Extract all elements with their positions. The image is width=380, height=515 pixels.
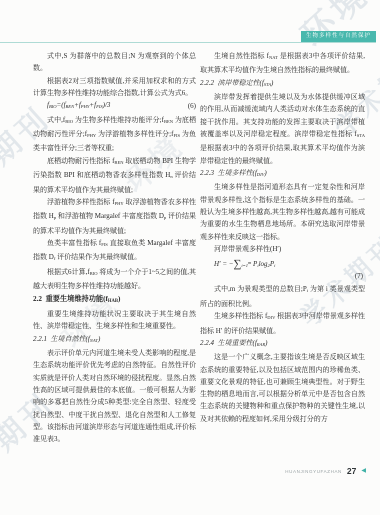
formula-7: H′ = −∑i=1m Pilog2Pi (7) <box>200 257 365 282</box>
column-header-badge: 生物多样性与自然保护 <box>301 31 376 42</box>
paragraph-fnat-assignment: 生境自然性指标 fNAT 是根据表3中各项评价结果,取其算术平均值作为生境自然性… <box>200 50 365 77</box>
paragraph-habitat-overview: 重要生境维持功能状况主要取决于其生境自然性、滨岸带稳定性、生境多样性和生境重要性… <box>33 308 196 333</box>
section-heading-2-2-1: 2.2.1 生境自然性(fNAT) <box>33 333 196 347</box>
formula-7-number: (7) <box>214 271 365 282</box>
journal-name-pinyin: HUANJINGYUFAZHAN <box>285 469 342 474</box>
watermark-text: 环境 <box>288 0 377 56</box>
paragraph-habitat-diversity: 生境多样性是指河道形态具有一定复杂性和河岸带景观多样性,这个指标是生态系统多样性… <box>200 181 365 242</box>
page-footer: HUANJINGYUFAZHAN 27 ◀ <box>285 466 366 476</box>
formula-6-expression: fBIO=(fBEN+fPHY+fFIS)/3 <box>47 99 110 113</box>
journal-page: 环境 学术期刊 环境 期刊 学术期刊 期刊 环境 生物多样性与自然保护 式中,S… <box>0 0 380 515</box>
paragraph-fdiv-assignment: 生境多样性指标 fDIV 根据表3中河岸带景观多样性指标 H′ 的评价结果赋值。 <box>200 310 365 337</box>
paragraph-habitat-importance: 这是一个广义概念,主要指该生境是否反映区域生态系统的重要特征,以及包括区域范围内… <box>200 351 365 425</box>
paragraph-formula7-terms: 式中,m 为景观类型的总数目;Pi 为第 i 类景观类型所占的面积比例。 <box>200 283 365 310</box>
page-number: 27 <box>347 466 356 476</box>
paragraph-formula6-terms: 式中,fBIO 为生物多样性维持功能评分;fBEN 为底栖动物耐污性评分;fPH… <box>33 114 196 155</box>
right-column: 生境自然性指标 fNAT 是根据表3中各项评价结果,取其算术平均值作为生境自然性… <box>200 50 365 425</box>
paragraph-benthic-indicator: 底栖动物耐污性指标 fBEN 取底栖动物 BPI 生物学污染指数 BPI 和底栖… <box>33 155 196 196</box>
paragraph-weighted-sum: 根据表2对三项指数赋值,并采用加权求和的方式计算生物多样性维持功能综合指数,计算… <box>33 75 196 100</box>
footer-arrow-icon: ◀ <box>361 468 366 474</box>
formula-6: fBIO=(fBEN+fPHY+fFIS)/3 (6) <box>33 99 196 113</box>
section-heading-2-2-2: 2.2.2 滨岸带稳定性(fSTA) <box>200 77 365 91</box>
paragraph-riparian-stability: 滨岸带发挥着提供生境以及为水体提供缓冲区域的作用,从而减缓流域内人类活动对水体生… <box>200 91 365 167</box>
paragraph-fish-indicator: 鱼类丰富性指标 fFIS 直接取鱼类 Margalef 丰富度指数 Df 评价结… <box>33 237 196 266</box>
section-heading-2-2: 2.2 重要生境维持功能(fHAB) <box>33 293 196 308</box>
formula-6-number: (6) <box>188 100 196 112</box>
line-landscape-diversity-label: 河岸带景观多样性(H′) <box>200 243 365 255</box>
left-column: 式中,S 为群落中的总数目;N 为观察到的个体总数。 根据表2对三项指数赋值,并… <box>33 50 196 445</box>
paragraph-fbio-range: 根据式6计算,fBIO 将成为一个介于1~5之间的值,其越大表明生物多样性维持功… <box>33 266 196 293</box>
header-rule <box>0 42 376 43</box>
section-heading-2-2-3: 2.2.3 生境多样性(fDIV) <box>200 167 365 181</box>
section-heading-2-2-4: 2.2.4 生境重要性(fRAR) <box>200 337 365 351</box>
paragraph-naturalness: 表示评价单元内河道生境未受人类影响的程度,是生态系统功能评价优先考虑的自然特征。… <box>33 347 196 445</box>
formula-7-expression: H′ = −∑i=1m Pilog2Pi <box>214 257 365 271</box>
paragraph-variables-s-n: 式中,S 为群落中的总数目;N 为观察到的个体总数。 <box>33 50 196 75</box>
paragraph-phytoplankton-indicator: 浮游植物多样性指标 fPHY 取浮游植物香农多样性指数 Hp 和浮游植物 Mar… <box>33 196 196 237</box>
